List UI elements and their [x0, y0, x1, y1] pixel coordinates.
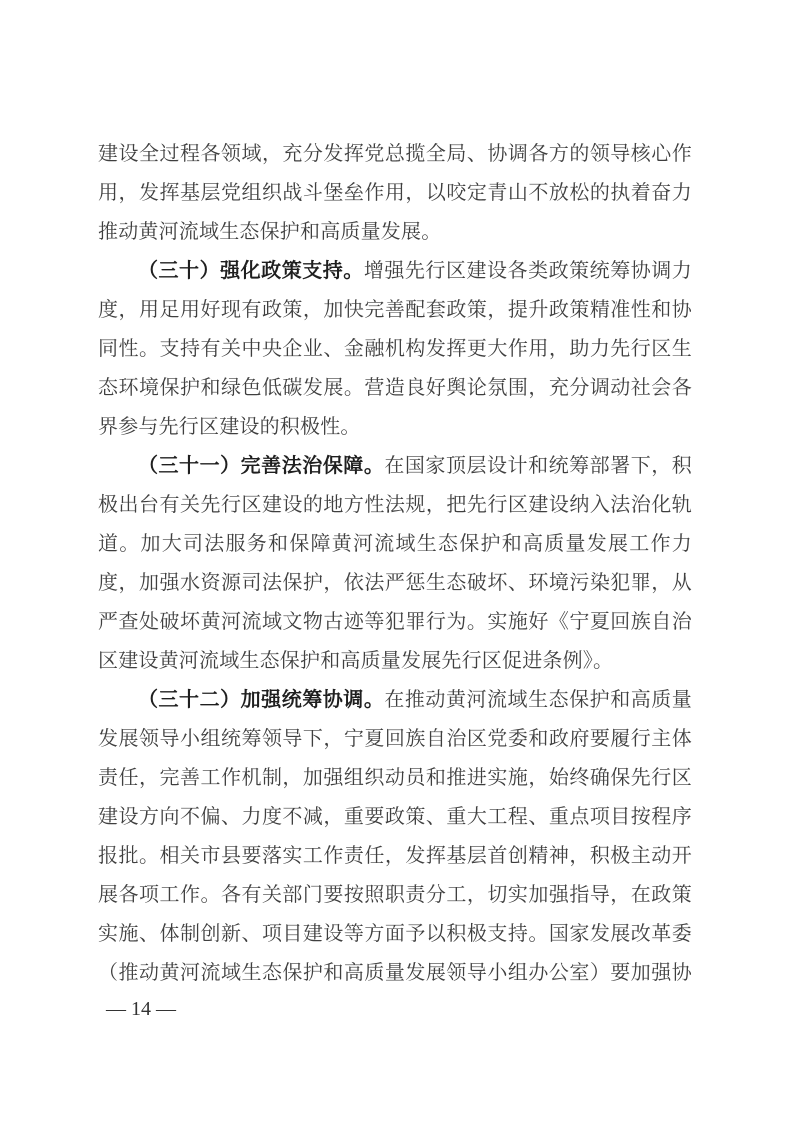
text-line: 严查处破坏黄河流域文物古迹等犯罪行为。实施好《宁夏回族自治: [98, 603, 692, 642]
body-text-segment: 展各项工作。各有关部门要按照职责分工，切实加强指导，在政策: [98, 884, 692, 906]
body-text-segment: 报批。相关市县要落实工作责任，发挥基层首创精神，积极主动开: [98, 845, 692, 867]
text-line: 建设方向不偏、力度不减，重要政策、重大工程、重点项目按程序: [98, 798, 692, 837]
text-line: 度，用足用好现有政策，加快完善配套政策，提升政策精准性和协: [98, 291, 692, 330]
text-line: 责任，完善工作机制，加强组织动员和推进实施，始终确保先行区: [98, 759, 692, 798]
text-line: 区建设黄河流域生态保护和高质量发展先行区促进条例》。: [98, 642, 692, 681]
text-line: 极出台有关先行区建设的地方性法规，把先行区建设纳入法治化轨: [98, 486, 692, 525]
body-text-segment: 在推动黄河流域生态保护和高质量: [384, 689, 692, 711]
body-text-segment: 道。加大司法服务和保障黄河流域生态保护和高质量发展工作力: [98, 533, 692, 555]
item-heading: （三十一）完善法治保障。: [138, 455, 384, 477]
text-line: （三十二）加强统筹协调。在推动黄河流域生态保护和高质量: [98, 681, 692, 720]
body-text-segment: 同性。支持有关中央企业、金融机构发挥更大作用，助力先行区生: [98, 338, 692, 360]
body-text-segment: 用，发挥基层党组织战斗堡垒作用，以咬定青山不放松的执着奋力: [98, 182, 692, 204]
body-text-segment: 界参与先行区建设的积极性。: [98, 416, 361, 438]
text-line: 报批。相关市县要落实工作责任，发挥基层首创精神，积极主动开: [98, 837, 692, 876]
text-line: （推动黄河流域生态保护和高质量发展领导小组办公室）要加强协: [98, 954, 692, 993]
text-line: 实施、体制创新、项目建设等方面予以积极支持。国家发展改革委: [98, 915, 692, 954]
body-text-segment: 在国家顶层设计和统筹部署下，积: [384, 455, 692, 477]
text-line: 态环境保护和绿色低碳发展。营造良好舆论氛围，充分调动社会各: [98, 369, 692, 408]
document-page: 建设全过程各领域，充分发挥党总揽全局、协调各方的领导核心作用，发挥基层党组织战斗…: [0, 0, 794, 1123]
body-text-segment: 推动黄河流域生态保护和高质量发展。: [98, 221, 441, 243]
paragraph-item-32: （三十二）加强统筹协调。在推动黄河流域生态保护和高质量发展领导小组统筹领导下，宁…: [98, 681, 692, 993]
text-line: （三十）强化政策支持。增强先行区建设各类政策统筹协调力: [98, 252, 692, 291]
body-text-segment: 态环境保护和绿色低碳发展。营造良好舆论氛围，充分调动社会各: [98, 377, 692, 399]
text-line: 界参与先行区建设的积极性。: [98, 408, 692, 447]
body-text-segment: 区建设黄河流域生态保护和高质量发展先行区促进条例》。: [98, 650, 613, 672]
text-line: 建设全过程各领域，充分发挥党总揽全局、协调各方的领导核心作: [98, 135, 692, 174]
text-line: 展各项工作。各有关部门要按照职责分工，切实加强指导，在政策: [98, 876, 692, 915]
document-body: 建设全过程各领域，充分发挥党总揽全局、协调各方的领导核心作用，发挥基层党组织战斗…: [98, 135, 692, 993]
text-line: （三十一）完善法治保障。在国家顶层设计和统筹部署下，积: [98, 447, 692, 486]
page-footer: — 14 —: [106, 997, 176, 1021]
text-line: 度，加强水资源司法保护，依法严惩生态破坏、环境污染犯罪，从: [98, 564, 692, 603]
body-text-segment: 极出台有关先行区建设的地方性法规，把先行区建设纳入法治化轨: [98, 494, 692, 516]
body-text-segment: 增强先行区建设各类政策统筹协调力: [364, 260, 692, 282]
body-text-segment: 建设全过程各领域，充分发挥党总揽全局、协调各方的领导核心作: [98, 143, 692, 165]
text-line: 发展领导小组统筹领导下，宁夏回族自治区党委和政府要履行主体: [98, 720, 692, 759]
page-number: — 14 —: [106, 998, 176, 1020]
item-heading: （三十）强化政策支持。: [138, 260, 364, 282]
text-line: 同性。支持有关中央企业、金融机构发挥更大作用，助力先行区生: [98, 330, 692, 369]
body-text-segment: 发展领导小组统筹领导下，宁夏回族自治区党委和政府要履行主体: [98, 728, 692, 750]
text-line: 用，发挥基层党组织战斗堡垒作用，以咬定青山不放松的执着奋力: [98, 174, 692, 213]
body-text-segment: 建设方向不偏、力度不减，重要政策、重大工程、重点项目按程序: [98, 806, 692, 828]
text-line: 推动黄河流域生态保护和高质量发展。: [98, 213, 692, 252]
body-text-segment: 度，加强水资源司法保护，依法严惩生态破坏、环境污染犯罪，从: [98, 572, 692, 594]
body-text-segment: 实施、体制创新、项目建设等方面予以积极支持。国家发展改革委: [98, 923, 692, 945]
paragraph-item-31: （三十一）完善法治保障。在国家顶层设计和统筹部署下，积极出台有关先行区建设的地方…: [98, 447, 692, 681]
paragraph-continuation: 建设全过程各领域，充分发挥党总揽全局、协调各方的领导核心作用，发挥基层党组织战斗…: [98, 135, 692, 252]
body-text-segment: 责任，完善工作机制，加强组织动员和推进实施，始终确保先行区: [98, 767, 692, 789]
paragraph-item-30: （三十）强化政策支持。增强先行区建设各类政策统筹协调力度，用足用好现有政策，加快…: [98, 252, 692, 447]
item-heading: （三十二）加强统筹协调。: [138, 689, 384, 711]
text-line: 道。加大司法服务和保障黄河流域生态保护和高质量发展工作力: [98, 525, 692, 564]
body-text-segment: （推动黄河流域生态保护和高质量发展领导小组办公室）要加强协: [98, 962, 692, 984]
body-text-segment: 度，用足用好现有政策，加快完善配套政策，提升政策精准性和协: [98, 299, 692, 321]
body-text-segment: 严查处破坏黄河流域文物古迹等犯罪行为。实施好《宁夏回族自治: [98, 611, 692, 633]
